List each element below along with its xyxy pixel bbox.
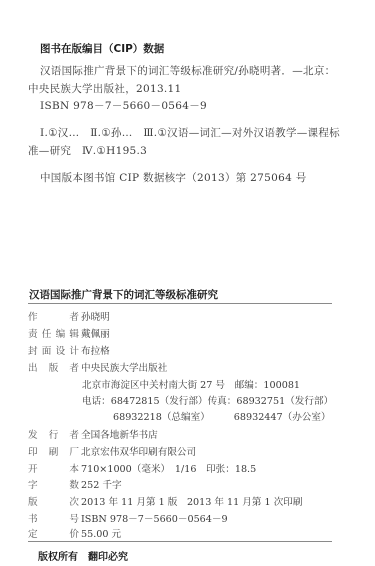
publisher-phone: 电话：68472815（发行部）传真：68932751（发行部） (82, 393, 333, 407)
value-printer: 北京宏伟双华印刷有限公司 (81, 447, 196, 458)
label-publisher: 出版者 (28, 360, 79, 374)
cip-line-isbn: ISBN 978－7－5660－0564－9 (40, 98, 207, 113)
value-price: 55.00 元 (81, 529, 121, 540)
row-isbn: 书号ISBN 978－7－5660－0564－9 (28, 511, 228, 525)
row-printer: 印刷厂北京宏伟双华印刷有限公司 (28, 444, 196, 458)
label-editor: 责任编辑 (28, 326, 79, 340)
cip-line-record-number: 中国版本图书馆 CIP 数据核字（2013）第 275064 号 (40, 170, 307, 185)
label-word-count: 字数 (28, 477, 79, 491)
value-edition: 2013 年 11 月第 1 版 2013 年 11 月第 1 次印刷 (81, 497, 302, 508)
cip-line-title: 汉语国际推广背景下的词汇等级标准研究/孙晓明著．—北京： (40, 63, 335, 78)
value-isbn: ISBN 978－7－5660－0564－9 (81, 514, 228, 525)
row-author: 作者孙晓明 (28, 309, 110, 323)
cip-line-classification: Ⅰ.①汉… Ⅱ.①孙… Ⅲ.①汉语—词汇—对外汉语教学—课程标 (40, 125, 340, 140)
label-distributor: 发行者 (28, 427, 79, 441)
row-publisher: 出版者中央民族大学出版社 (28, 360, 167, 374)
cip-heading: 图书在版编目（CIP）数据 (40, 41, 164, 56)
row-distributor: 发行者全国各地新华书店 (28, 427, 158, 441)
bottom-divider (28, 541, 332, 542)
label-printer: 印刷厂 (28, 444, 79, 458)
publisher-address: 北京市海淀区中关村南大街 27 号 邮编：100081 (82, 377, 300, 391)
label-edition: 版次 (28, 494, 79, 508)
value-word-count: 252 千字 (81, 480, 122, 491)
label-price: 定价 (28, 526, 79, 540)
label-cover-design: 封面设计 (28, 343, 79, 357)
value-author: 孙晓明 (81, 312, 110, 323)
row-price: 定价55.00 元 (28, 526, 121, 540)
row-editor: 责任编辑戴佩丽 (28, 326, 110, 340)
value-distributor: 全国各地新华书店 (81, 430, 158, 441)
row-word-count: 字数252 千字 (28, 477, 122, 491)
value-editor: 戴佩丽 (81, 329, 110, 340)
value-cover-design: 布拉格 (81, 346, 110, 357)
label-isbn: 书号 (28, 511, 79, 525)
row-cover-design: 封面设计布拉格 (28, 343, 110, 357)
label-format: 开本 (28, 461, 79, 475)
top-divider (28, 303, 332, 304)
row-format: 开本710×1000（毫米） 1/16 印张：18.5 (28, 461, 256, 475)
copyright-notice: 版权所有 翻印必究 (38, 548, 128, 563)
book-title: 汉语国际推广背景下的词汇等级标准研究 (29, 287, 218, 302)
cip-line-publisher: 中央民族大学出版社，2013.11 (28, 81, 182, 96)
label-author: 作者 (28, 309, 79, 323)
row-edition: 版次2013 年 11 月第 1 版 2013 年 11 月第 1 次印刷 (28, 494, 302, 508)
value-format: 710×1000（毫米） 1/16 印张：18.5 (81, 464, 256, 475)
publisher-phone-2: 68932218（总编室） 68932447（办公室） (113, 409, 331, 423)
cip-line-classification-cont: 准—研究 Ⅳ.①H195.3 (28, 143, 147, 158)
value-publisher: 中央民族大学出版社 (81, 363, 167, 374)
